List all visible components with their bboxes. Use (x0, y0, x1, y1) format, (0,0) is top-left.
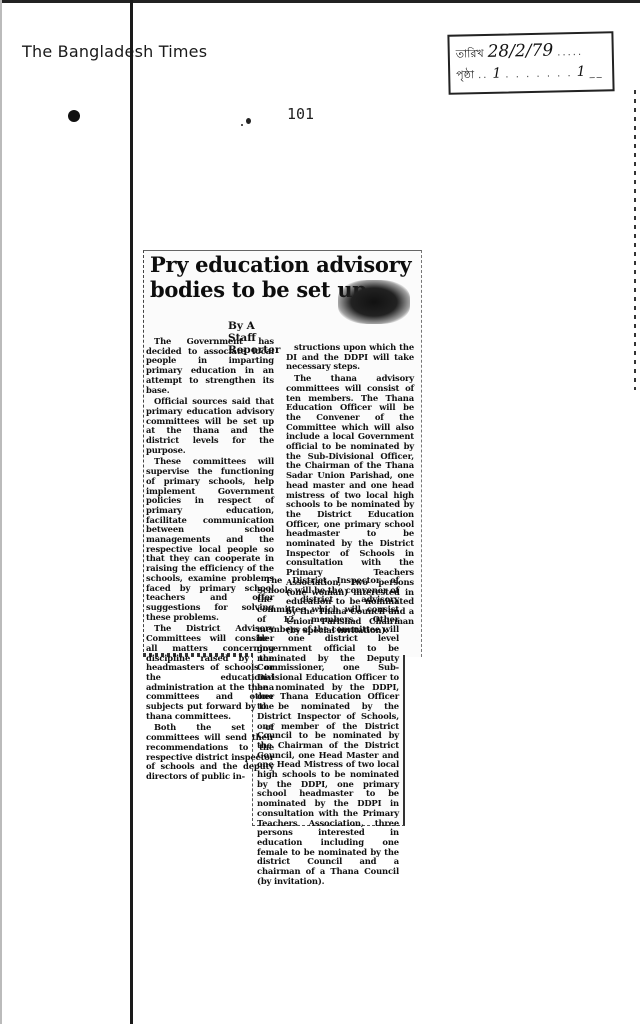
page-fold-line (130, 0, 133, 1024)
stamp-dotted-line: .. (478, 70, 489, 81)
scan-right-edge (634, 90, 636, 390)
article-column-1: The Government has decided to associate … (146, 337, 274, 784)
ink-smudge (338, 280, 410, 324)
paragraph: The Government has decided to associate … (146, 337, 274, 395)
stamp-page-value: 1 (492, 66, 501, 82)
archive-date-stamp: তারিখ 28/2/79 ..... পৃষ্ঠা .. 1 . . . . … (447, 31, 614, 94)
stamp-dotted-line: . . . . . . . (505, 68, 573, 80)
ink-speck (241, 124, 243, 126)
paragraph: structions upon which the DI and the DDP… (286, 343, 414, 372)
paragraph: The District Advisory Committees will co… (146, 624, 274, 721)
stamp-page-row: পৃষ্ঠা .. 1 . . . . . . . 1 __ (456, 63, 604, 85)
paragraph: These committees will supervise the func… (146, 457, 274, 622)
scan-left-edge (0, 0, 2, 1024)
stamp-date-row: তারিখ 28/2/79 ..... (456, 40, 584, 65)
punch-hole-icon (68, 110, 80, 122)
scan-top-edge (0, 0, 640, 3)
ink-speck (246, 118, 251, 124)
article-column-3: The District Inspector of Schools will b… (257, 576, 399, 889)
headline-line-1: Pry education advisory (150, 252, 416, 277)
paragraph: Official sources said that primary educa… (146, 397, 274, 455)
stamp-page-label: পৃষ্ঠা (456, 66, 474, 85)
stamp-date-value: 28/2/79 (487, 41, 553, 62)
paragraph: The District Inspector of Schools will b… (257, 576, 399, 887)
stamp-dotted-line: __ (589, 67, 603, 78)
page-number: 101 (287, 105, 314, 123)
newspaper-masthead: The Bangladesh Times (22, 42, 207, 61)
stamp-date-label: তারিখ (456, 45, 484, 65)
stamp-column-value: 1 (576, 64, 585, 80)
stamp-dotted-line: ..... (557, 47, 583, 59)
paragraph: Both the set of committees will send the… (146, 723, 274, 781)
